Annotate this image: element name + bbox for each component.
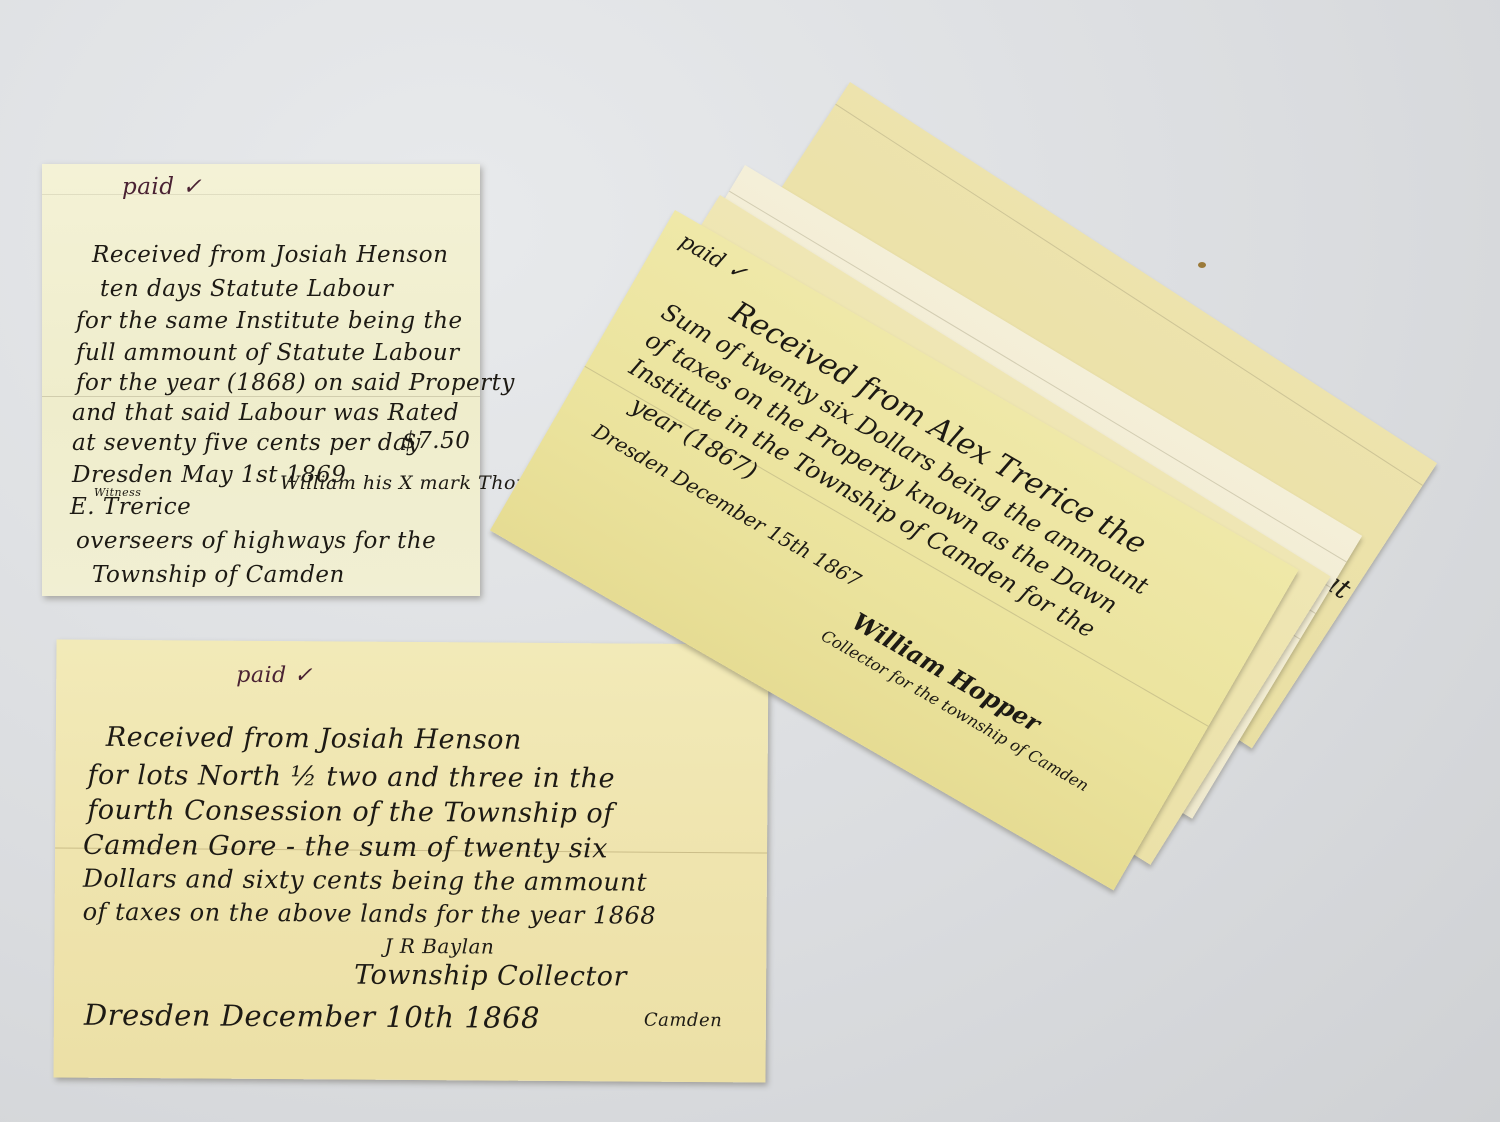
paper-fragment [1198, 262, 1206, 268]
collector-title: Collector for the township of Camden [818, 626, 1092, 795]
document-stack: I Elisha Mersey do hereby Certify that N… [0, 0, 1500, 1122]
